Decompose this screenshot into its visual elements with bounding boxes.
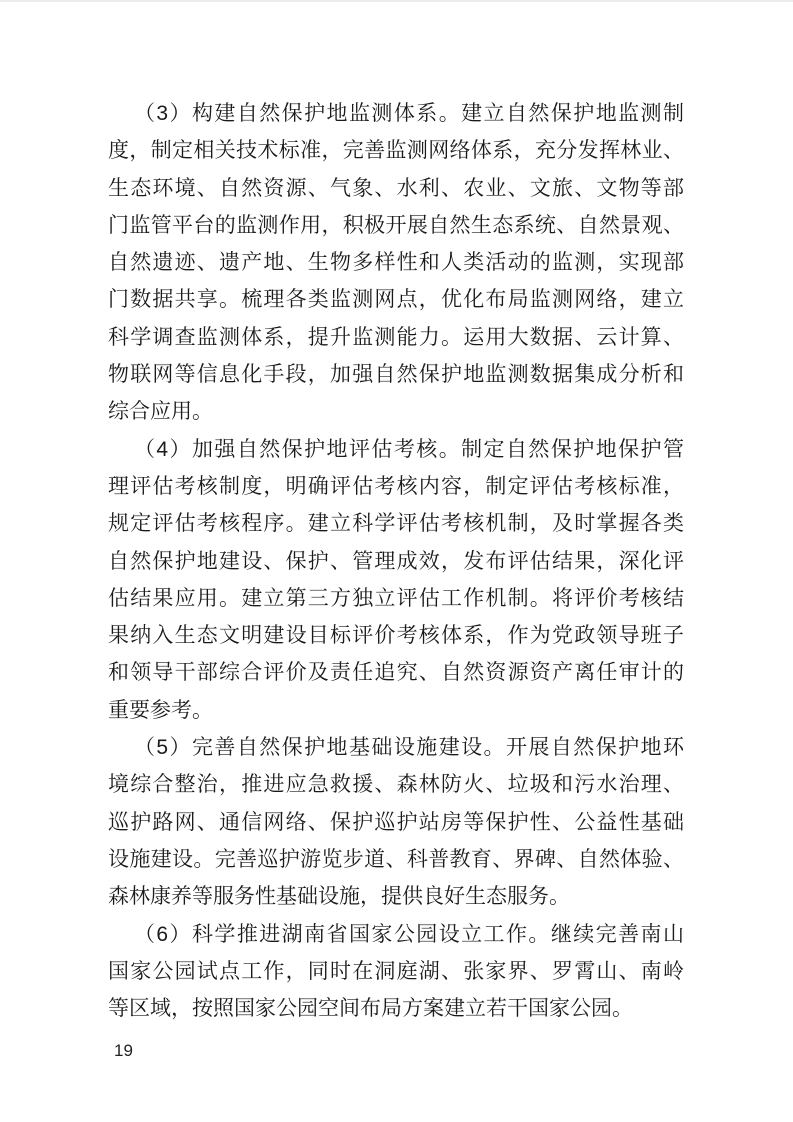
text-line: （3）构建自然保护地监测体系。建立自然保护地监测制 [108, 95, 684, 132]
text-line: 和领导干部综合评价及责任追究、自然资源资产离任审计的 [108, 654, 684, 691]
text-line: 生态环境、自然资源、气象、水利、农业、文旅、文物等部 [108, 170, 684, 207]
text-line: 度，制定相关技术标准，完善监测网络体系，充分发挥林业、 [108, 132, 684, 169]
text-line: （6）科学推进湖南省国家公园设立工作。继续完善南山 [108, 916, 684, 953]
text-line: 巡护路网、通信网络、保护巡护站房等保护性、公益性基础 [108, 804, 684, 841]
document-page: （3）构建自然保护地监测体系。建立自然保护地监测制 度，制定相关技术标准，完善监… [0, 0, 793, 1122]
text-line: 物联网等信息化手段，加强自然保护地监测数据集成分析和 [108, 356, 684, 393]
text-line: 果纳入生态文明建设目标评价考核体系，作为党政领导班子 [108, 617, 684, 654]
text-line: 重要参考。 [108, 692, 684, 729]
paragraph-4: （4）加强自然保护地评估考核。制定自然保护地保护管 理评估考核制度，明确评估考核… [108, 431, 684, 729]
text-line: 境综合整治，推进应急救援、森林防火、垃圾和污水治理、 [108, 766, 684, 803]
text-line: 设施建设。完善巡护游览步道、科普教育、界碑、自然体验、 [108, 841, 684, 878]
page-number: 19 [114, 1041, 133, 1061]
page-top-edge [0, 0, 793, 2]
paragraph-6: （6）科学推进湖南省国家公园设立工作。继续完善南山 国家公园试点工作，同时在洞庭… [108, 916, 684, 1028]
text-line: 估结果应用。建立第三方独立评估工作机制。将评价考核结 [108, 580, 684, 617]
text-line: 自然遗迹、遗产地、生物多样性和人类活动的监测，实现部 [108, 244, 684, 281]
document-body: （3）构建自然保护地监测体系。建立自然保护地监测制 度，制定相关技术标准，完善监… [108, 95, 684, 1027]
paragraph-5: （5）完善自然保护地基础设施建设。开展自然保护地环 境综合整治，推进应急救援、森… [108, 729, 684, 915]
text-line: 理评估考核制度，明确评估考核内容，制定评估考核标准， [108, 468, 684, 505]
text-line: 科学调查监测体系，提升监测能力。运用大数据、云计算、 [108, 319, 684, 356]
paragraph-3: （3）构建自然保护地监测体系。建立自然保护地监测制 度，制定相关技术标准，完善监… [108, 95, 684, 431]
text-line: 门数据共享。梳理各类监测网点，优化布局监测网络，建立 [108, 281, 684, 318]
text-line: （5）完善自然保护地基础设施建设。开展自然保护地环 [108, 729, 684, 766]
text-line: 自然保护地建设、保护、管理成效，发布评估结果，深化评 [108, 543, 684, 580]
text-line: 门监管平台的监测作用，积极开展自然生态系统、自然景观、 [108, 207, 684, 244]
text-line: 规定评估考核程序。建立科学评估考核机制，及时掌握各类 [108, 505, 684, 542]
text-line: 森林康养等服务性基础设施，提供良好生态服务。 [108, 878, 684, 915]
text-line: 等区域，按照国家公园空间布局方案建立若干国家公园。 [108, 990, 684, 1027]
text-line: 综合应用。 [108, 393, 684, 430]
text-line: （4）加强自然保护地评估考核。制定自然保护地保护管 [108, 431, 684, 468]
text-line: 国家公园试点工作，同时在洞庭湖、张家界、罗霄山、南岭 [108, 953, 684, 990]
